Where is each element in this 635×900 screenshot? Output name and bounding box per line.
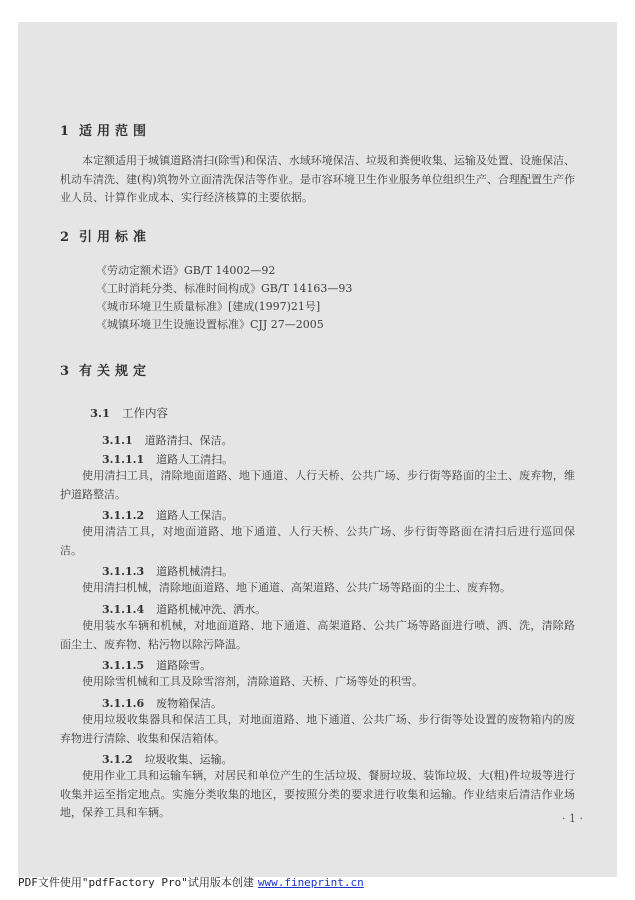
clause-title: 废物箱保洁。 (156, 697, 222, 710)
reference-item: 《城镇环境卫生设施设置标准》CJJ 27—2005 (96, 318, 324, 332)
clause-number: 3.1.1.5 (102, 659, 144, 672)
clause-title: 道路人工保洁。 (156, 509, 233, 522)
clause-body: 使用作业工具和运输车辆，对居民和单位产生的生活垃圾、餐厨垃圾、装饰垃圾、大(粗)… (60, 767, 575, 823)
clause-heading: 3.1.1.3道路机械清扫。 (102, 563, 233, 579)
subsection-3-1-heading: 3.1工作内容 (90, 405, 168, 421)
clause-number: 3.1.1.2 (102, 509, 144, 522)
pdf-watermark-footer: PDF文件使用"pdfFactory Pro"试用版本创建www.finepri… (18, 874, 364, 890)
clause-title: 道路清扫、保洁。 (145, 434, 233, 447)
subsection-title: 工作内容 (122, 406, 168, 420)
clause-body: 使用清扫工具，清除地面道路、地下通道、人行天桥、公共广场、步行街等路面的尘土、废… (60, 467, 575, 504)
clause-body: 使用装水车辆和机械，对地面道路、地下通道、高架道路、公共广场等路面进行喷、洒、洗… (60, 617, 575, 654)
clause-heading: 3.1.1.1道路人工清扫。 (102, 451, 233, 467)
clause-number: 3.1.1.3 (102, 565, 144, 578)
clause-heading: 3.1.1.2道路人工保洁。 (102, 507, 233, 523)
page-number: · 1 · (562, 812, 583, 825)
section-2-title: 引用标准 (79, 230, 151, 245)
clause-title: 垃圾收集、运输。 (145, 753, 233, 766)
clause-heading: 3.1.1.6废物箱保洁。 (102, 695, 222, 711)
reference-item: 《城市环境卫生质量标准》[建成(1997)21号] (96, 300, 320, 314)
clause-body: 使用清洁工具，对地面道路、地下通道、人行天桥、公共广场、步行街等路面在清扫后进行… (60, 523, 575, 560)
section-1-number: 1 (60, 124, 69, 139)
section-1-heading: 1适用范围 (60, 120, 151, 139)
section-2-number: 2 (60, 230, 69, 245)
section-1-title: 适用范围 (79, 124, 151, 139)
section-2-heading: 2引用标准 (60, 226, 151, 245)
fineprint-link[interactable]: www.fineprint.cn (258, 876, 364, 889)
clause-body: 使用除雪机械和工具及除雪溶剂，清除道路、天桥、广场等处的积雪。 (60, 673, 575, 692)
clause-heading: 3.1.1.4道路机械冲洗、洒水。 (102, 601, 266, 617)
clause-heading: 3.1.2垃圾收集、运输。 (102, 751, 233, 767)
document-page: 1适用范围 本定额适用于城镇道路清扫(除雪)和保洁、水域环境保洁、垃圾和粪便收集… (18, 22, 617, 877)
clause-number: 3.1.1.4 (102, 603, 144, 616)
clause-number: 3.1.2 (102, 753, 133, 766)
clause-number: 3.1.1.6 (102, 697, 144, 710)
section-3-number: 3 (60, 364, 69, 379)
subsection-number: 3.1 (90, 406, 110, 420)
clause-body: 使用清扫机械，清除地面道路、地下通道、高架道路、公共广场等路面的尘土、废弃物。 (60, 579, 575, 598)
clause-title: 道路人工清扫。 (156, 453, 233, 466)
reference-item: 《劳动定额术语》GB/T 14002—92 (96, 264, 275, 278)
watermark-text: PDF文件使用"pdfFactory Pro"试用版本创建 (18, 876, 254, 889)
clause-number: 3.1.1.1 (102, 453, 144, 466)
reference-item: 《工时消耗分类、标准时间构成》GB/T 14163—93 (96, 282, 352, 296)
section-3-heading: 3有关规定 (60, 360, 151, 379)
clause-heading: 3.1.1道路清扫、保洁。 (102, 432, 233, 448)
section-3-title: 有关规定 (79, 364, 151, 379)
clause-title: 道路除雪。 (156, 659, 211, 672)
clause-title: 道路机械清扫。 (156, 565, 233, 578)
clause-heading: 3.1.1.5道路除雪。 (102, 657, 211, 673)
section-1-body: 本定额适用于城镇道路清扫(除雪)和保洁、水域环境保洁、垃圾和粪便收集、运输及处置… (60, 152, 575, 208)
clause-title: 道路机械冲洗、洒水。 (156, 603, 266, 616)
clause-body: 使用垃圾收集器具和保洁工具，对地面道路、地下通道、公共广场、步行街等处设置的废物… (60, 711, 575, 748)
clause-number: 3.1.1 (102, 434, 133, 447)
